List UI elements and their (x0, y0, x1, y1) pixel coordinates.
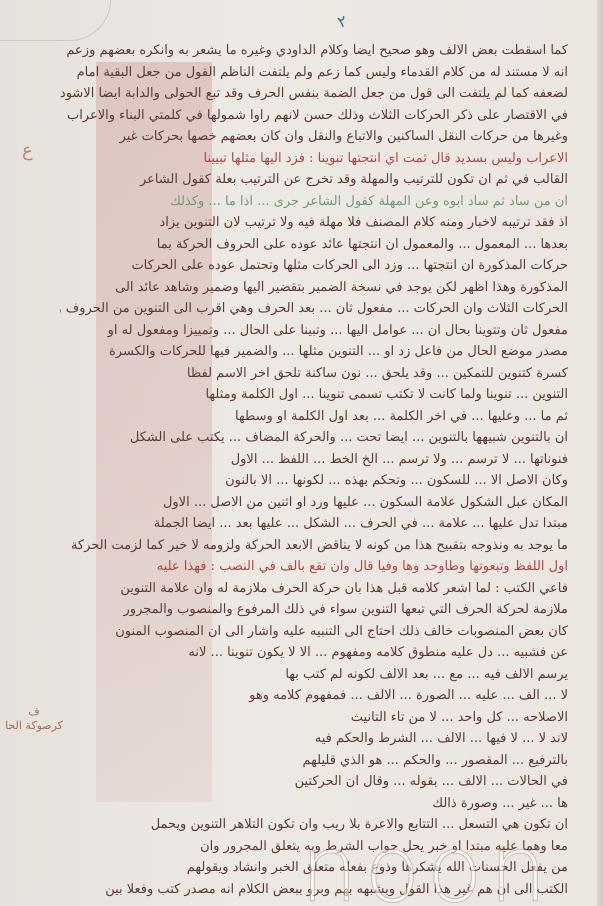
text-line: لضعفه كما لم يلتفت الى قول من جعل الضمة … (60, 83, 568, 105)
text-line: الاعراب وليس بسديد قال ثمت اي انتجتها تن… (60, 148, 568, 170)
text-line: مفعول ثان وتتوينا بحال ان ... عوامل اليه… (60, 320, 568, 342)
text-line: وغيرها من حركات النقل الساكنين والاتباع … (60, 126, 568, 148)
text-line: انه لا مستند له من كلام القدماء وليس كما… (60, 62, 568, 84)
folio-mark: ٢ (335, 11, 350, 32)
text-line: لاند لا ... لا فيها ... الالف ... الشرط … (60, 728, 568, 750)
text-line: مبتدا تدل عليها ... علامة ... في الحرف .… (60, 513, 568, 535)
text-line: القالب في ثم ان تكون للترتيب والمهلة وقد… (60, 169, 568, 191)
text-line: اذ فقد ترتيبه لاخبار ومنه كلام المصنف فل… (60, 212, 568, 234)
text-line: ثم ما ... وعليها ... في اخر الكلمة ... ب… (60, 406, 568, 428)
text-line: ان من ساد ثم ساد ابوه وعن المهلة كقول ال… (60, 191, 568, 213)
text-line: ها ... غير ... وصورة ذالك (60, 793, 568, 815)
text-line: المكان عبل الشكول علامة السكون ... عليها… (60, 492, 568, 514)
text-line: في الاقتصار على ذكر الحركات الثلاث وذلك … (60, 105, 568, 127)
text-line: في الحالات ... الالف ... بقوله ... وقال … (60, 771, 568, 793)
text-line: الاصلاحه ... كل واحد ... لا من تاء التان… (60, 707, 568, 729)
text-line: فنوناتها ... لا ترسم ... ولا ترسم ... ال… (60, 449, 568, 471)
page-edge (597, 0, 603, 906)
margin-note: ف كرصوكة الحا (2, 705, 66, 733)
text-block: كما اسقطت بعض الالف وهو صحيح ايضا وكلام … (60, 40, 568, 900)
watermark: noon (300, 830, 553, 906)
text-line: بالترفيع ... المقصور ... والحكم ... هو ا… (60, 750, 568, 772)
text-line: كما اسقطت بعض الالف وهو صحيح ايضا وكلام … (60, 40, 568, 62)
margin-glyph: ع (22, 140, 33, 161)
text-line: لا ... الف ... عليه ... الصورة ... الالف… (60, 685, 568, 707)
text-line: حركات المذكورة ان انتجتها ... وزد الى ال… (60, 255, 568, 277)
text-line: اول اللفظ وتبعوتها وطاوحد وها وفيا قال و… (60, 556, 568, 578)
corner-stain (0, 0, 111, 41)
text-line: التنوين ... تنوينا ولما كانت لا تكتب تسم… (60, 384, 568, 406)
text-line: المذكورة وهذا اظهر لكن يوجد في نسخة الضم… (60, 277, 568, 299)
text-line: بعدها ... المعمول ... والمعمول ان انتجته… (60, 234, 568, 256)
margin-note-line: ف (2, 705, 66, 719)
text-line: ان بالتنوين شبيهها بالتنوين ... ايضا تحت… (60, 427, 568, 449)
text-line: كسرة كتنوين للتمكين ... وقد يلحق ... نون… (60, 363, 568, 385)
text-line: كان بعض المنصوبات خالف ذلك احتاج الى الت… (60, 621, 568, 643)
margin-note-line: كرصوكة الحا (2, 719, 66, 733)
text-line: عن فشبيه ... دل عليه منطوق كلامه ومفهوم … (60, 642, 568, 664)
text-line: وكان الاصل الا ... للسكون ... وتحكم بهذه… (60, 470, 568, 492)
text-line: مصدر موضع الحال من فاعل زد او ... التنوي… (60, 341, 568, 363)
manuscript-page: ٢ ع كما اسقطت بعض الالف وهو صحيح ايضا وك… (0, 0, 603, 906)
text-line: يرسم الالف فيه ... مع ... بعد الالف لكون… (60, 664, 568, 686)
text-line: فاعي الكتب : لما اشعر كلامه قبل هذا بان … (60, 578, 568, 600)
text-line: ما يوجد به ونذوجه بتقبيح هذا من كونه لا … (60, 535, 568, 557)
text-line: ملازمة لحركة الحرف التي تبعها التنوين سو… (60, 599, 568, 621)
text-line: الحركات الثلاث وان الحركات ... مفعول ثان… (60, 298, 568, 320)
